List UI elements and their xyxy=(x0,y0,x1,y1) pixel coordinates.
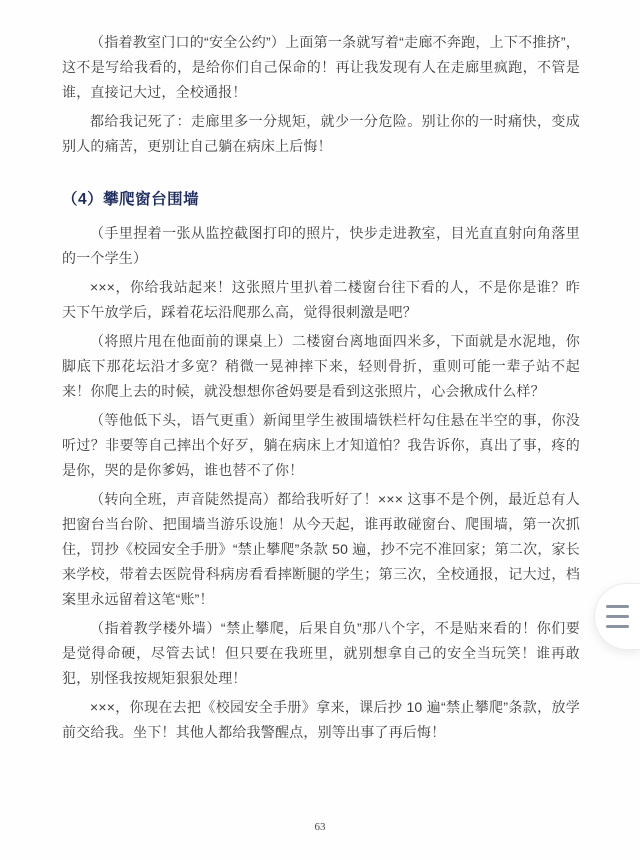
document-content: （指着教室门口的“安全公约”）上面第一条就写着“走廊不奔跑，上下不推挤”，这不是… xyxy=(62,30,580,749)
menu-icon xyxy=(606,625,629,628)
menu-icon xyxy=(606,615,629,618)
paragraph: （将照片甩在他面前的课桌上）二楼窗台离地面四米多，下面就是水泥地，你脚底下那花坛… xyxy=(62,329,580,404)
menu-button[interactable] xyxy=(594,583,640,650)
paragraph: （等他低下头，语气更重）新闻里学生被围墙铁栏杆勾住悬在半空的事，你没听过？非要等… xyxy=(62,408,580,483)
document-page: { "doc": { "intro": [ "（指着教室门口的“安全公约”）上面… xyxy=(0,0,640,859)
paragraph: （手里捏着一张从监控截图打印的照片，快步走进教室，目光直直射向角落里的一个学生） xyxy=(62,221,580,271)
paragraph: 都给我记死了：走廊里多一分规矩，就少一分危险。别让你的一时痛快，变成别人的痛苦，… xyxy=(62,109,580,159)
page-number: 63 xyxy=(0,821,640,833)
paragraph: ×××，你现在去把《校园安全手册》拿来，课后抄 10 遍“禁止攀爬”条款，放学前… xyxy=(62,695,580,745)
paragraph: （转向全班，声音陡然提高）都给我听好了！××× 这事不是个例，最近总有人把窗台当… xyxy=(62,487,580,612)
paragraph: （指着教学楼外墙）“禁止攀爬，后果自负”那八个字，不是贴来看的！你们要是觉得命硬… xyxy=(62,616,580,691)
section-heading: （4）攀爬窗台围墙 xyxy=(62,187,580,209)
menu-icon xyxy=(606,605,629,608)
paragraph: ×××，你给我站起来！这张照片里扒着二楼窗台往下看的人，不是你是谁？昨天下午放学… xyxy=(62,275,580,325)
paragraph: （指着教室门口的“安全公约”）上面第一条就写着“走廊不奔跑，上下不推挤”，这不是… xyxy=(62,30,580,105)
page-background: （指着教室门口的“安全公约”）上面第一条就写着“走廊不奔跑，上下不推挤”，这不是… xyxy=(0,0,640,859)
